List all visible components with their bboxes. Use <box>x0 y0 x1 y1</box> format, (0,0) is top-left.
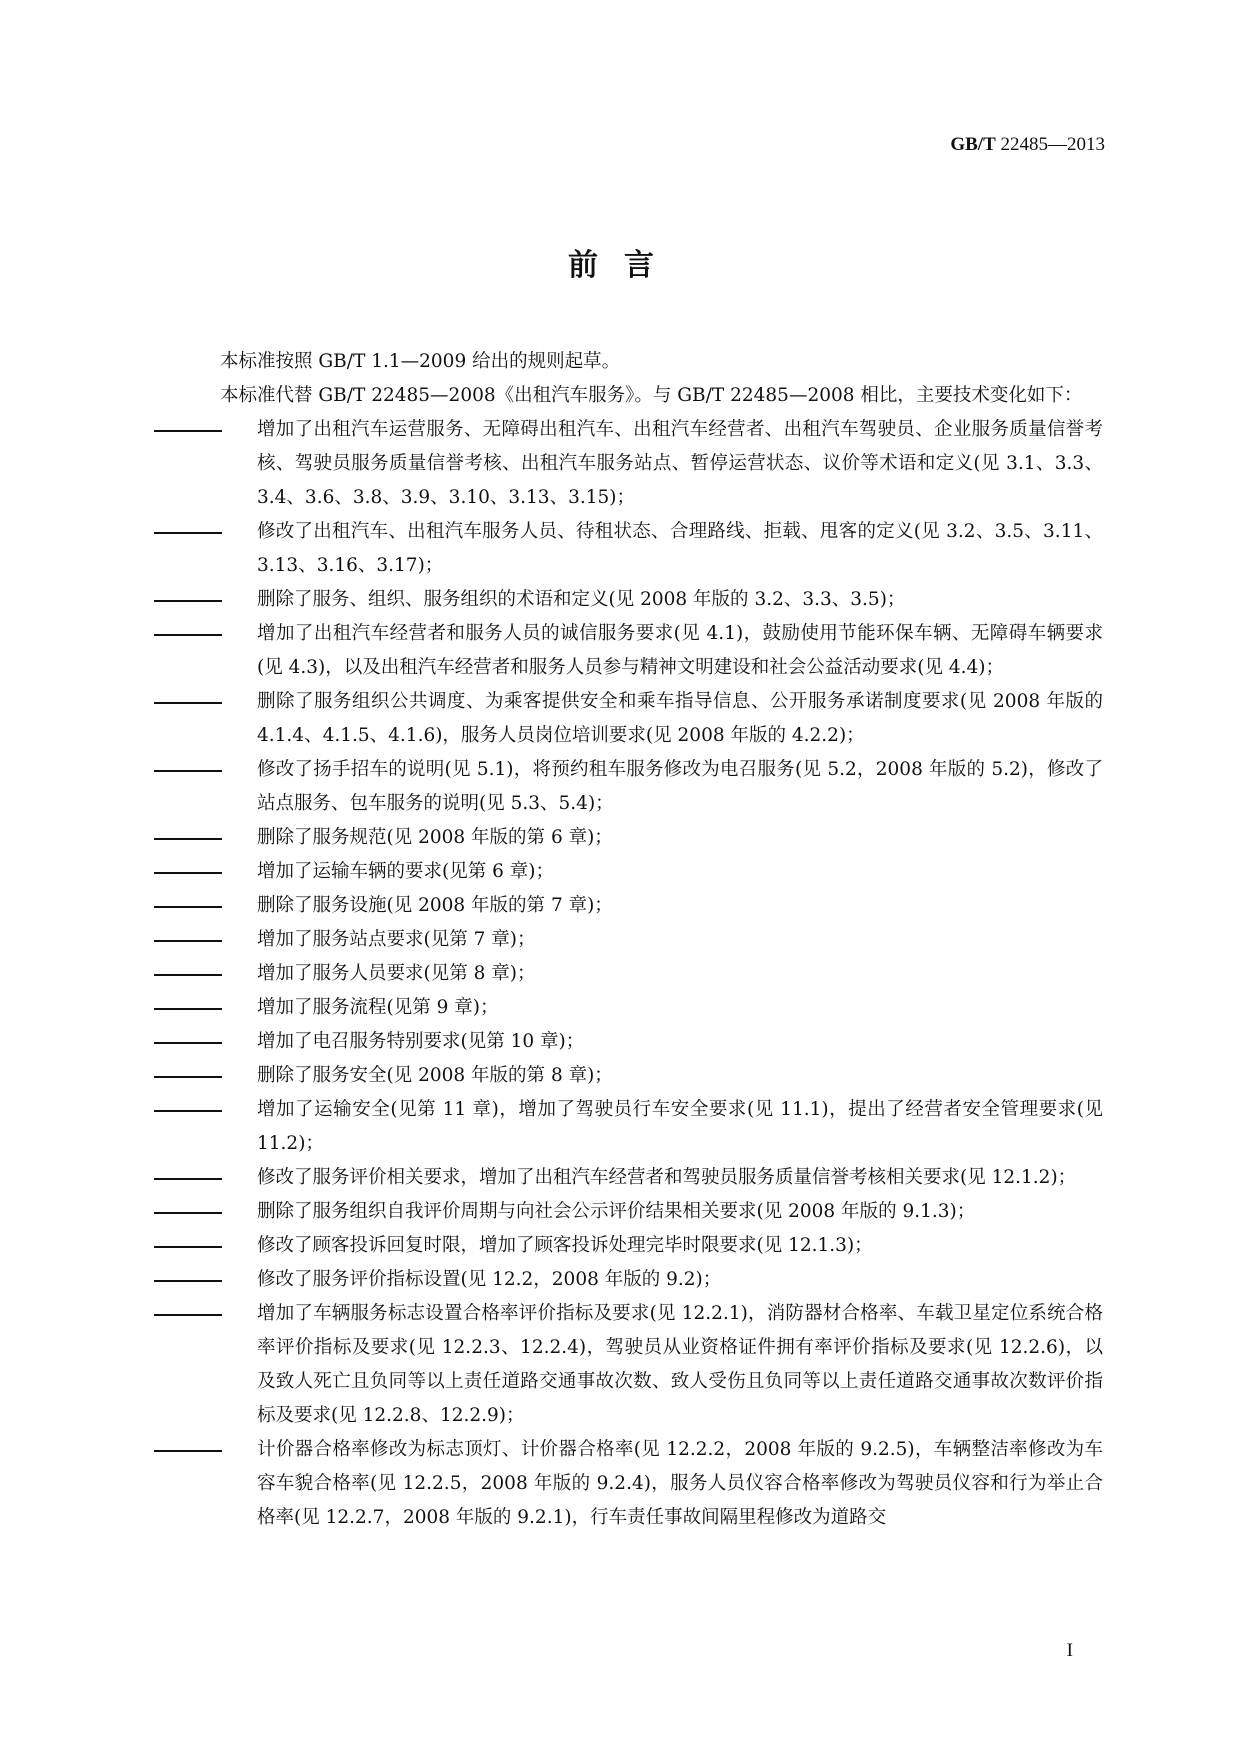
page-title: 前言 <box>0 240 1248 284</box>
change-item-text: 删除了服务组织自我评价周期与向社会公示评价结果相关要求(见 2008 年版的 9… <box>220 1195 1103 1229</box>
change-item-text: 计价器合格率修改为标志顶灯、计价器合格率(见 12.2.2，2008 年版的 9… <box>220 1433 1103 1535</box>
change-item: 增加了运输安全(见第 11 章)，增加了驾驶员行车安全要求(见 11.1)，提出… <box>183 1093 1103 1161</box>
change-item: 增加了服务站点要求(见第 7 章)； <box>183 923 1103 957</box>
change-item-text: 增加了运输车辆的要求(见第 6 章)； <box>220 855 1103 889</box>
change-item-text: 修改了扬手招车的说明(见 5.1)，将预约租车服务修改为电召服务(见 5.2，2… <box>220 753 1103 821</box>
document-body: 本标准按照 GB/T 1.1—2009 给出的规则起草。 本标准代替 GB/T … <box>183 345 1103 1535</box>
standard-code: GB/T 22485—2013 <box>950 134 1105 156</box>
change-item: 增加了出租汽车运营服务、无障碍出租汽车、出租汽车经营者、出租汽车驾驶员、企业服务… <box>183 413 1103 515</box>
change-item-text: 增加了车辆服务标志设置合格率评价指标及要求(见 12.2.1)，消防器材合格率、… <box>220 1297 1103 1433</box>
change-item: 修改了扬手招车的说明(见 5.1)，将预约租车服务修改为电召服务(见 5.2，2… <box>183 753 1103 821</box>
standard-number: 22485—2013 <box>1001 134 1106 155</box>
change-item: 增加了服务人员要求(见第 8 章)； <box>183 957 1103 991</box>
change-item-text: 删除了服务安全(见 2008 年版的第 8 章)； <box>220 1059 1103 1093</box>
change-item-text: 增加了运输安全(见第 11 章)，增加了驾驶员行车安全要求(见 11.1)，提出… <box>220 1093 1103 1161</box>
change-item-text: 修改了顾客投诉回复时限，增加了顾客投诉处理完毕时限要求(见 12.1.3)； <box>220 1229 1103 1263</box>
change-item-text: 增加了出租汽车经营者和服务人员的诚信服务要求(见 4.1)，鼓励使用节能环保车辆… <box>220 617 1103 685</box>
change-item-text: 增加了服务站点要求(见第 7 章)； <box>220 923 1103 957</box>
change-item: 计价器合格率修改为标志顶灯、计价器合格率(见 12.2.2，2008 年版的 9… <box>183 1433 1103 1535</box>
change-item: 增加了车辆服务标志设置合格率评价指标及要求(见 12.2.1)，消防器材合格率、… <box>183 1297 1103 1433</box>
change-item-text: 删除了服务、组织、服务组织的术语和定义(见 2008 年版的 3.2、3.3、3… <box>220 583 1103 617</box>
page-number: I <box>1067 1640 1073 1662</box>
change-item: 删除了服务安全(见 2008 年版的第 8 章)； <box>183 1059 1103 1093</box>
change-item: 删除了服务组织公共调度、为乘客提供安全和乘车指导信息、公开服务承诺制度要求(见 … <box>183 685 1103 753</box>
change-item-text: 删除了服务设施(见 2008 年版的第 7 章)； <box>220 889 1103 923</box>
change-item: 增加了电召服务特别要求(见第 10 章)； <box>183 1025 1103 1059</box>
change-item-text: 修改了出租汽车、出租汽车服务人员、待租状态、合理路线、拒载、甩客的定义(见 3.… <box>220 515 1103 583</box>
change-item: 删除了服务设施(见 2008 年版的第 7 章)； <box>183 889 1103 923</box>
change-item: 修改了顾客投诉回复时限，增加了顾客投诉处理完毕时限要求(见 12.1.3)； <box>183 1229 1103 1263</box>
changes-list: 增加了出租汽车运营服务、无障碍出租汽车、出租汽车经营者、出租汽车驾驶员、企业服务… <box>183 413 1103 1535</box>
change-item-text: 增加了电召服务特别要求(见第 10 章)； <box>220 1025 1103 1059</box>
change-item: 修改了出租汽车、出租汽车服务人员、待租状态、合理路线、拒载、甩客的定义(见 3.… <box>183 515 1103 583</box>
change-item: 增加了服务流程(见第 9 章)； <box>183 991 1103 1025</box>
change-item: 删除了服务组织自我评价周期与向社会公示评价结果相关要求(见 2008 年版的 9… <box>183 1195 1103 1229</box>
intro-paragraph: 本标准按照 GB/T 1.1—2009 给出的规则起草。 <box>183 345 1103 379</box>
change-item-text: 增加了服务流程(见第 9 章)； <box>220 991 1103 1025</box>
standard-prefix: GB/T <box>950 134 995 155</box>
change-item: 删除了服务规范(见 2008 年版的第 6 章)； <box>183 821 1103 855</box>
change-item: 增加了出租汽车经营者和服务人员的诚信服务要求(见 4.1)，鼓励使用节能环保车辆… <box>183 617 1103 685</box>
change-item-text: 修改了服务评价指标设置(见 12.2，2008 年版的 9.2)； <box>220 1263 1103 1297</box>
intro-paragraph: 本标准代替 GB/T 22485—2008《出租汽车服务》。与 GB/T 224… <box>183 379 1103 413</box>
change-item: 修改了服务评价指标设置(见 12.2，2008 年版的 9.2)； <box>183 1263 1103 1297</box>
change-item: 增加了运输车辆的要求(见第 6 章)； <box>183 855 1103 889</box>
change-item-text: 增加了服务人员要求(见第 8 章)； <box>220 957 1103 991</box>
change-item-text: 修改了服务评价相关要求，增加了出租汽车经营者和驾驶员服务质量信誉考核相关要求(见… <box>220 1161 1103 1195</box>
change-item-text: 删除了服务规范(见 2008 年版的第 6 章)； <box>220 821 1103 855</box>
change-item-text: 删除了服务组织公共调度、为乘客提供安全和乘车指导信息、公开服务承诺制度要求(见 … <box>220 685 1103 753</box>
change-item-text: 增加了出租汽车运营服务、无障碍出租汽车、出租汽车经营者、出租汽车驾驶员、企业服务… <box>220 413 1103 515</box>
change-item: 删除了服务、组织、服务组织的术语和定义(见 2008 年版的 3.2、3.3、3… <box>183 583 1103 617</box>
change-item: 修改了服务评价相关要求，增加了出租汽车经营者和驾驶员服务质量信誉考核相关要求(见… <box>183 1161 1103 1195</box>
